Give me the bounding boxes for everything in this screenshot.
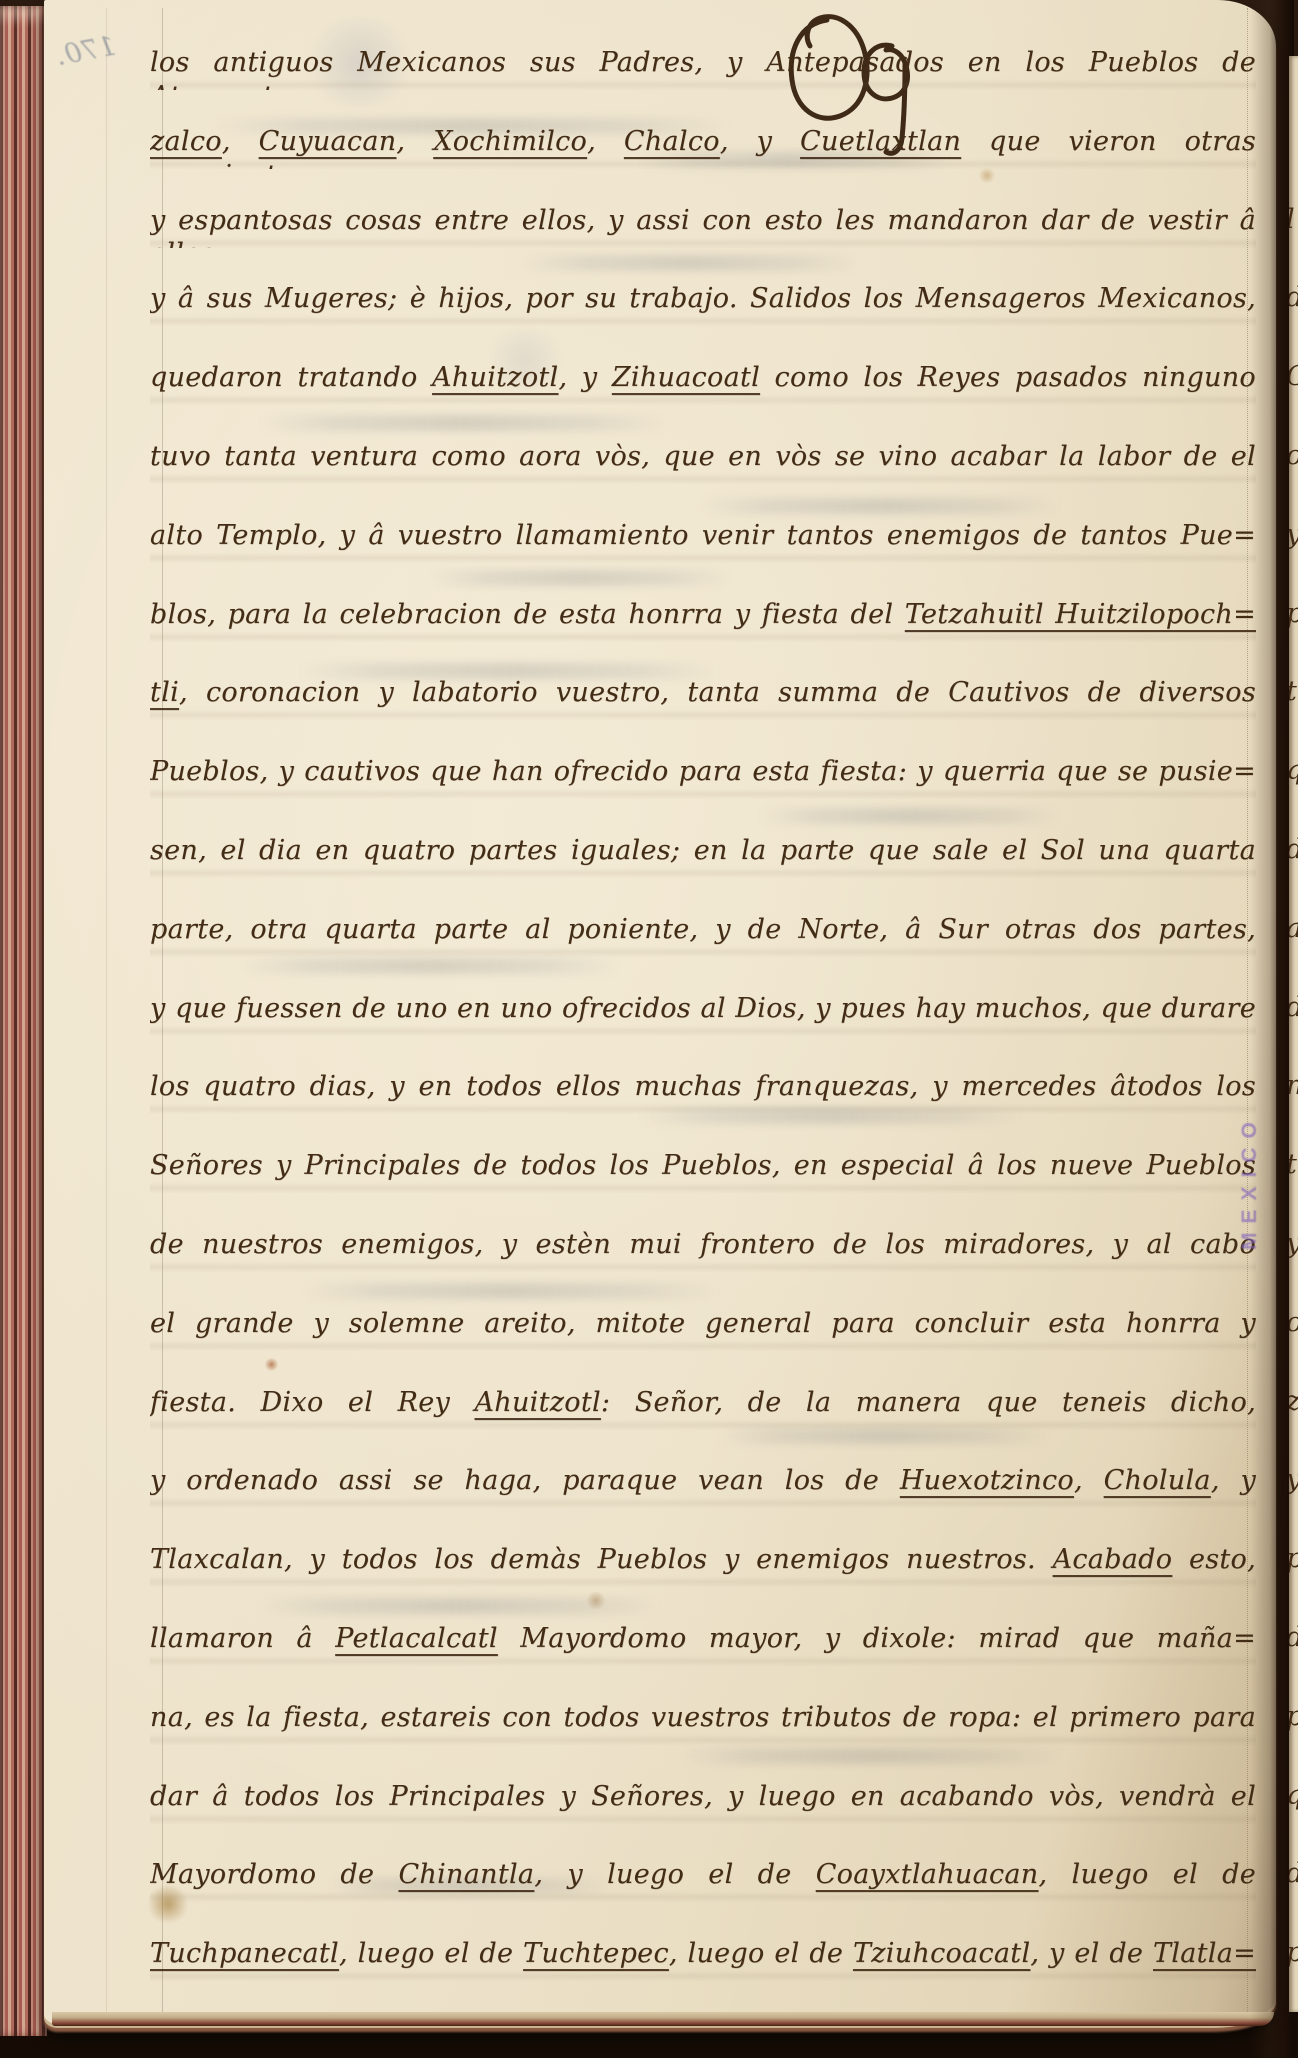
facing-page-text-fragment: d — [1289, 834, 1298, 865]
manuscript-text-block: los antiguos Mexicanos sus Padres, y Ant… — [0, 0, 1298, 2058]
text-line: sen, el dia en quatro partes iguales; en… — [150, 834, 1256, 878]
text-line: tli, coronacion y labatorio vuestro, tan… — [150, 676, 1256, 720]
text-line: y que fuessen de uno en uno ofrecidos al… — [150, 992, 1256, 1036]
facing-page-text-fragment: t — [1289, 1149, 1297, 1180]
facing-page-text-fragment: d — [1289, 282, 1298, 313]
facing-page-text-fragment: z — [1289, 1386, 1298, 1417]
text-line: blos, para la celebracion de esta honrra… — [150, 598, 1256, 642]
text-line: los antiguos Mexicanos sus Padres, y Ant… — [150, 46, 1256, 90]
text-line: de nuestros enemigos, y estèn mui fronte… — [150, 1228, 1256, 1272]
facing-page-text-fragment: y — [1289, 1464, 1298, 1495]
text-line: alto Templo, y â vuestro llamamiento ven… — [150, 519, 1256, 563]
text-line: y ordenado assi se haga, paraque vean lo… — [150, 1464, 1256, 1508]
facing-page-text-fragment: tr — [1289, 676, 1298, 707]
text-line: Señores y Principales de todos los Puebl… — [150, 1149, 1256, 1193]
facing-page-text-fragment: q — [1289, 755, 1298, 786]
text-line: y â sus Mugeres; è hijos, por su trabajo… — [150, 282, 1256, 326]
facing-page-text-fragment: y — [1289, 1228, 1298, 1259]
text-line: dar â todos los Principales y Señores, y… — [150, 1780, 1256, 1824]
facing-page-text-fragment: y — [1289, 519, 1298, 550]
text-line: Tlaxcalan, y todos los demàs Pueblos y e… — [150, 1543, 1256, 1587]
facing-page-text-fragment: p — [1289, 1701, 1298, 1732]
facing-page-text-fragment: o — [1289, 440, 1298, 471]
text-line: na, es la fiesta, estareis con todos vue… — [150, 1701, 1256, 1745]
text-line: tuvo tanta ventura como aora vòs, que en… — [150, 440, 1256, 484]
facing-page-text-fragment: C — [1289, 361, 1298, 392]
text-line: Tuchpanecatl, luego el de Tuchtepec, lue… — [150, 1937, 1256, 1981]
text-line: llamaron â Petlacalcatl Mayordomo mayor,… — [150, 1622, 1256, 1666]
text-line: los quatro dias, y en todos ellos muchas… — [150, 1070, 1256, 1114]
facing-page-text-fragment: m — [1289, 1070, 1298, 1101]
facing-page-text-fragment: d — [1289, 1858, 1298, 1889]
facing-page-text-fragment: p — [1289, 1543, 1298, 1574]
text-line: el grande y solemne areito, mitote gener… — [150, 1307, 1256, 1351]
text-line: Mayordomo de Chinantla, y luego el de Co… — [150, 1858, 1256, 1902]
text-line: parte, otra quarta parte al poniente, y … — [150, 913, 1256, 957]
text-line: Pueblos, y cautivos que han ofrecido par… — [150, 755, 1256, 799]
facing-page-text-fragment: p — [1289, 1937, 1298, 1968]
facing-page-text-fragment: ot — [1289, 1307, 1298, 1338]
facing-page-text-fragment: d — [1289, 992, 1298, 1023]
gutter-shadow — [1250, 0, 1294, 2058]
facing-page-text-fragment: a — [1289, 913, 1298, 944]
facing-page-text-fragment: d — [1289, 1622, 1298, 1653]
text-line: zalco, Cuyuacan, Xochimilco, Chalco, y C… — [150, 125, 1256, 169]
text-line: quedaron tratando Ahuitzotl, y Zihuacoat… — [150, 361, 1256, 405]
facing-page-edge: ldCoyptrqdadmtyotzypdpqdp — [1289, 56, 1298, 2012]
facing-page-text-fragment: l — [1289, 204, 1295, 235]
facing-page-text-fragment: p — [1289, 598, 1298, 629]
text-line: y espantosas cosas entre ellos, y assi c… — [150, 204, 1256, 248]
text-line: fiesta. Dixo el Rey Ahuitzotl: Señor, de… — [150, 1386, 1256, 1430]
facing-page-text-fragment: q — [1289, 1780, 1298, 1811]
book-photograph: 170. los antiguos Mexicanos sus Padres, … — [0, 0, 1298, 2058]
